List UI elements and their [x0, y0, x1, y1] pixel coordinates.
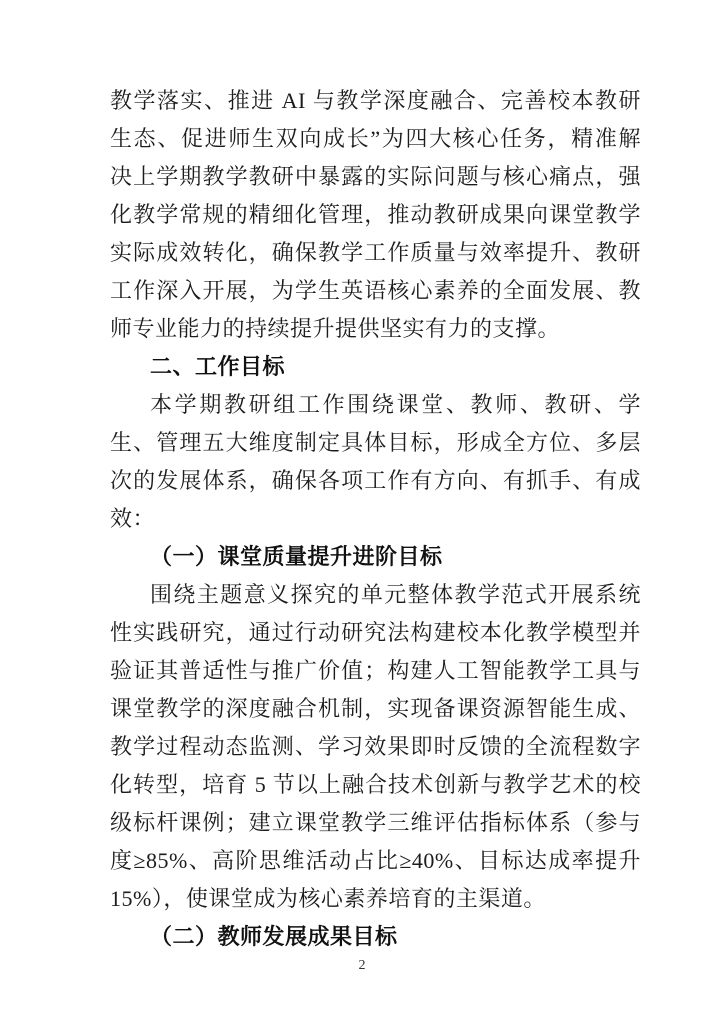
text-line: 化转型，培育 5 节以上融合技术创新与教学艺术的校	[110, 766, 641, 804]
text-line: 级标杆课例；建立课堂教学三维评估指标体系（参与	[110, 804, 641, 842]
text-line: 围绕主题意义探究的单元整体教学范式开展系统	[110, 576, 641, 614]
body-paragraph: 教学落实、推进 AI 与教学深度融合、完善校本教研生态、促进师生双向成长”为四大…	[110, 82, 641, 348]
text-line: 师专业能力的持续提升提供坚实有力的支撑。	[110, 310, 641, 348]
text-line: 实际成效转化，确保教学工作质量与效率提升、教研	[110, 234, 641, 272]
section-heading: （一）课堂质量提升进阶目标	[110, 538, 641, 576]
section-heading: 二、工作目标	[110, 348, 641, 386]
text-line: 生、管理五大维度制定具体目标，形成全方位、多层	[110, 424, 641, 462]
text-line: 决上学期教学教研中暴露的实际问题与核心痛点，强	[110, 158, 641, 196]
text-line: 生态、促进师生双向成长”为四大核心任务，精准解	[110, 120, 641, 158]
body-paragraph: 围绕主题意义探究的单元整体教学范式开展系统性实践研究，通过行动研究法构建校本化教…	[110, 576, 641, 918]
text-line: 度≥85%、高阶思维活动占比≥40%、目标达成率提升	[110, 842, 641, 880]
text-line: 效：	[110, 500, 641, 538]
text-line: 教学过程动态监测、学习效果即时反馈的全流程数字	[110, 728, 641, 766]
body-paragraph: 本学期教研组工作围绕课堂、教师、教研、学生、管理五大维度制定具体目标，形成全方位…	[110, 386, 641, 538]
text-line: 工作深入开展，为学生英语核心素养的全面发展、教	[110, 272, 641, 310]
document-page: 教学落实、推进 AI 与教学深度融合、完善校本教研生态、促进师生双向成长”为四大…	[0, 0, 724, 1024]
text-line: 课堂教学的深度融合机制，实现备课资源智能生成、	[110, 690, 641, 728]
page-number: 2	[0, 957, 724, 975]
text-line: 本学期教研组工作围绕课堂、教师、教研、学	[110, 386, 641, 424]
text-line: 验证其普适性与推广价值；构建人工智能教学工具与	[110, 652, 641, 690]
text-line: 15%），使课堂成为核心素养培育的主渠道。	[110, 880, 641, 918]
text-line: 性实践研究，通过行动研究法构建校本化教学模型并	[110, 614, 641, 652]
document-body: 教学落实、推进 AI 与教学深度融合、完善校本教研生态、促进师生双向成长”为四大…	[110, 82, 641, 956]
section-heading: （二）教师发展成果目标	[110, 918, 641, 956]
text-line: 教学落实、推进 AI 与教学深度融合、完善校本教研	[110, 82, 641, 120]
text-line: 次的发展体系，确保各项工作有方向、有抓手、有成	[110, 462, 641, 500]
text-line: 化教学常规的精细化管理，推动教研成果向课堂教学	[110, 196, 641, 234]
